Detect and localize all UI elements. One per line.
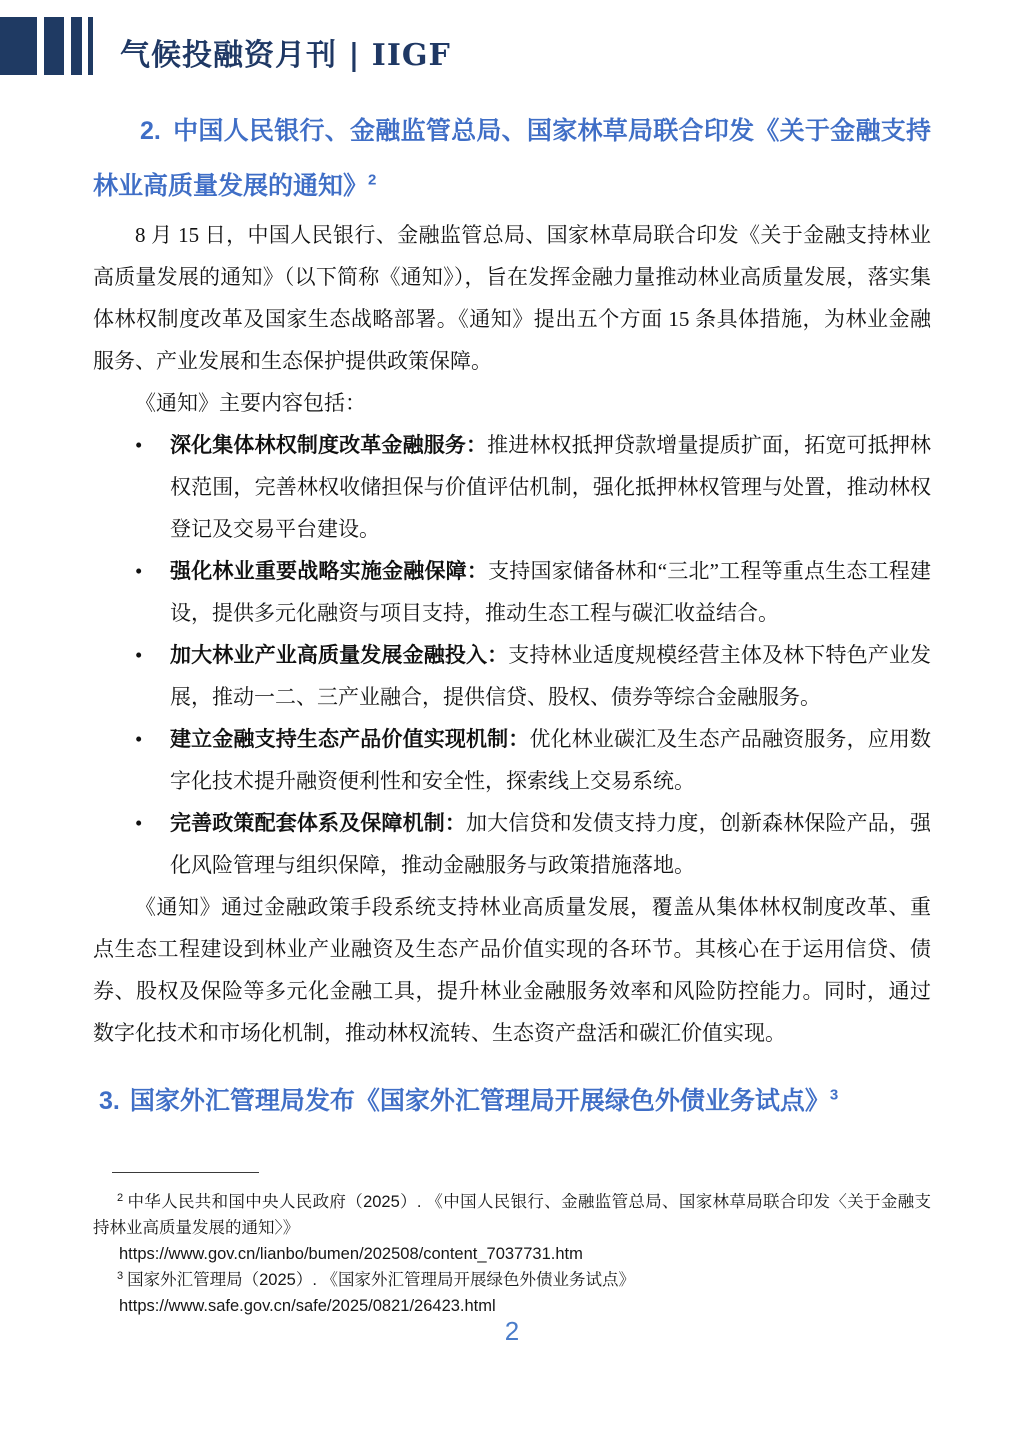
footnote-ref-2: 2 [368, 172, 376, 189]
bullet-2-lead: 强化林业重要战略实施金融保障： [170, 559, 488, 583]
footnote-separator [112, 1172, 259, 1173]
footnote-3: 3国家外汇管理局（2025）. 《国家外汇管理局开展绿色外债业务试点》 [93, 1267, 931, 1293]
intro-paragraph: 8 月 15 日，中国人民银行、金融监管总局、国家林草局联合印发《关于金融支持林… [93, 214, 931, 382]
list-item-5: 完善政策配套体系及保障机制：加大信贷和发债支持力度，创新森林保险产品，强化风险管… [133, 802, 931, 886]
logo-bar-3 [71, 17, 82, 75]
document-page: 气候投融资月刊 | IIGF 2.中国人民银行、金融监管总局、国家林草局联合印发… [0, 0, 1024, 1447]
bullet-4-lead: 建立金融支持生态产品价值实现机制： [170, 727, 529, 751]
list-item-3: 加大林业产业高质量发展金融投入：支持林业适度规模经营主体及林下特色产业发展，推动… [133, 634, 931, 718]
section-2-heading: 2.中国人民银行、金融监管总局、国家林草局联合印发《关于金融支持林业高质量发展的… [93, 104, 931, 214]
footnote-ref-3: 3 [830, 1087, 838, 1104]
closing-paragraph: 《通知》通过金融政策手段系统支持林业高质量发展，覆盖从集体林权制度改革、重点生态… [93, 886, 931, 1054]
logo-bar-2 [44, 17, 64, 75]
logo-bar-4 [88, 17, 93, 75]
section-2-number: 2. [140, 117, 161, 145]
footnote-3-marker: 3 [117, 1270, 123, 1282]
section-2-title: 中国人民银行、金融监管总局、国家林草局联合印发《关于金融支持林业高质量发展的通知… [93, 117, 931, 200]
bullet-5-lead: 完善政策配套体系及保障机制： [170, 811, 466, 835]
section-3-heading: 3.国家外汇管理局发布《国家外汇管理局开展绿色外债业务试点》3 [93, 1080, 931, 1122]
footnote-2-marker: 2 [117, 1192, 123, 1204]
footnote-2-text: 中华人民共和国中央人民政府（2025）. 《中国人民银行、金融监管总局、国家林草… [93, 1193, 931, 1237]
list-intro: 《通知》主要内容包括： [93, 382, 931, 424]
journal-title: 气候投融资月刊 | IIGF [120, 30, 451, 74]
section-3-title: 国家外汇管理局发布《国家外汇管理局开展绿色外债业务试点》 [130, 1087, 830, 1115]
page-body: 2.中国人民银行、金融监管总局、国家林草局联合印发《关于金融支持林业高质量发展的… [93, 104, 931, 1122]
logo-bar-1 [0, 17, 37, 75]
bullet-3-lead: 加大林业产业高质量发展金融投入： [170, 643, 508, 667]
footnote-2: 2中华人民共和国中央人民政府（2025）. 《中国人民银行、金融监管总局、国家林… [93, 1189, 931, 1241]
notice-content-list: 深化集体林权制度改革金融服务：推进林权抵押贷款增量提质扩面，拓宽可抵押林权范围，… [93, 424, 931, 886]
footnote-3-text: 国家外汇管理局（2025）. 《国家外汇管理局开展绿色外债业务试点》 [127, 1271, 635, 1289]
page-number: 2 [0, 1316, 1024, 1347]
list-item-2: 强化林业重要战略实施金融保障：支持国家储备林和“三北”工程等重点生态工程建设，提… [133, 550, 931, 634]
list-item-4: 建立金融支持生态产品价值实现机制：优化林业碳汇及生态产品融资服务，应用数字化技术… [133, 718, 931, 802]
footnotes: 2中华人民共和国中央人民政府（2025）. 《中国人民银行、金融监管总局、国家林… [93, 1172, 931, 1319]
bullet-1-lead: 深化集体林权制度改革金融服务： [170, 433, 487, 457]
footnote-2-url: https://www.gov.cn/lianbo/bumen/202508/c… [93, 1241, 931, 1267]
list-item-1: 深化集体林权制度改革金融服务：推进林权抵押贷款增量提质扩面，拓宽可抵押林权范围，… [133, 424, 931, 550]
section-3-number: 3. [99, 1087, 120, 1115]
